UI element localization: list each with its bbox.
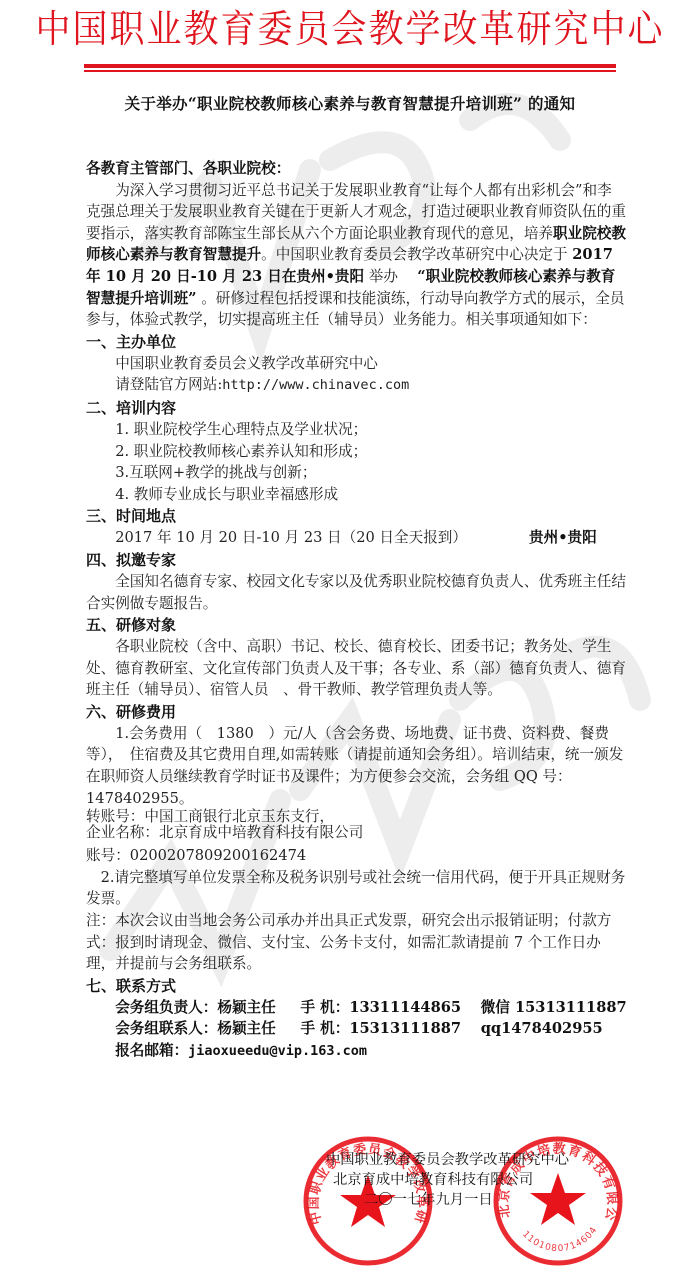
org-letterhead-title: 中国职业教育委员会教学改革研究中心 [0, 6, 700, 54]
salutation: 各教育主管部门、各职业院校： [86, 158, 626, 180]
contact-row-lead: 会务组负责人：杨颖主任 手 机：13311144865 微信 153131118… [86, 997, 626, 1019]
bank-line: 转账号：中国工商银行北京玉东支行， [86, 809, 626, 825]
event-date: 2017 年 10 月 20 日-10 月 23 日（20 日全天报到） [115, 529, 467, 546]
contact-row-liaison: 会务组联系人：杨颖主任 手 机：15313111887 qq1478402955 [86, 1018, 626, 1040]
section-heading-contact: 七、联系方式 [86, 975, 626, 997]
company-line: 企业名称：北京育成中培教育科技有限公司 [86, 825, 626, 841]
content-item: 3.互联网+教学的挑战与创新； [86, 462, 626, 484]
intro-text-b: 。中国职业教育委员会教学改革研究中心决定于 [261, 246, 572, 263]
content-item: 1. 职业院校学生心理特点及学业状况； [86, 419, 626, 441]
payment-note: 注：本次会议由当地会务公司承办并出具正式发票，研究会出示报销证明；付款方式：报到… [86, 910, 626, 975]
experts-text: 全国知名德育专家、校园文化专家以及优秀职业院校德育负责人、优秀班主任结合实例做专… [86, 571, 626, 614]
fee-text: 1.会务费用（ 1380 ）元/人（含会务费、场地费、证书费、资料费、餐费等），… [86, 723, 626, 809]
signature-org-2: 北京育成中培教育科技有限公司 [326, 1170, 596, 1190]
email-link[interactable]: jiaoxueedu@vip.163.com [188, 1043, 367, 1059]
event-location: 贵州•贵阳 [529, 529, 597, 546]
organizer-website: 请登陆官方网站:http://www.chinavec.com [86, 374, 626, 397]
email-label: 报名邮箱： [115, 1042, 188, 1059]
intro-paragraph: 为深入学习贯彻习近平总书记关于发展职业教育“让每个人都有出彩机会”和李克强总理关… [86, 180, 626, 331]
section-heading-experts: 四、拟邀专家 [86, 549, 626, 571]
section-heading-content: 二、培训内容 [86, 397, 626, 419]
letterhead-rule-thick [84, 64, 616, 68]
content-item: 4. 教师专业成长与职业幸福感形成 [86, 484, 626, 506]
section-heading-audience: 五、研修对象 [86, 614, 626, 636]
website-label: 请登陆官方网站: [115, 376, 222, 393]
signature-block: 中国职业教育委员会教学改革研究中心 北京育成中培教育科技有限公司 二〇一七年九月… [326, 1150, 596, 1210]
section-heading-time-place: 三、时间地点 [86, 505, 626, 527]
notice-title: 关于举办“职业院校教师核心素养与教育智慧提升培训班” 的通知 [0, 92, 700, 114]
signature-org-1: 中国职业教育委员会教学改革研究中心 [326, 1150, 596, 1170]
website-link[interactable]: http://www.chinavec.com [222, 377, 409, 393]
section-heading-fees: 六、研修费用 [86, 701, 626, 723]
letterhead-rule-thin [84, 70, 616, 72]
contact-email-row: 报名邮箱：jiaoxueedu@vip.163.com [86, 1040, 626, 1063]
content-item: 2. 职业院校教师核心素养认知和形成； [86, 441, 626, 463]
account-line: 账号：0200207809200162474 [86, 845, 626, 867]
intro-text-a: 为深入学习贯彻习近平总书记关于发展职业教育“让每个人都有出彩机会”和李克强总理关… [86, 182, 626, 242]
time-place-row: 2017 年 10 月 20 日-10 月 23 日（20 日全天报到）贵州•贵… [86, 527, 626, 549]
intro-text-c: 举办 [364, 268, 417, 285]
audience-text: 各职业院校（含中、高职）书记、校长、德育校长、团委书记；教务处、学生处、德育教研… [86, 636, 626, 701]
section-heading-organizer: 一、主办单位 [86, 331, 626, 353]
signature-date: 二〇一七年九月一日 [326, 1190, 596, 1210]
svg-text:1101080714604: 1101080714604 [520, 1225, 600, 1254]
notice-body: 各教育主管部门、各职业院校： 为深入学习贯彻习近平总书记关于发展职业教育“让每个… [86, 158, 626, 1063]
invoice-text: 2.请完整填写单位发票全称及税务识别号或社会统一信用代码，便于开具正规财务发票。 [86, 867, 626, 910]
organizer-name: 中国职业教育委员会义教学改革研究中心 [86, 353, 626, 375]
